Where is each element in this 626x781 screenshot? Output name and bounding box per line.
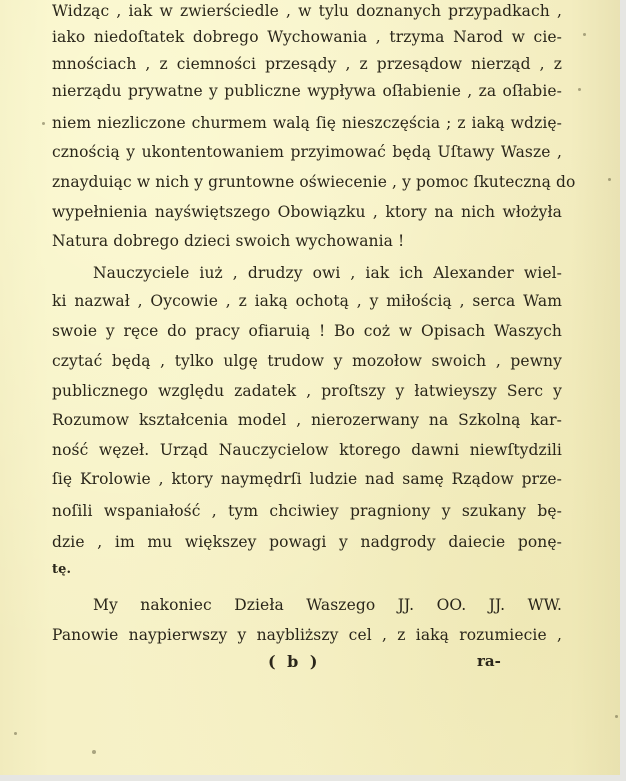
paper-speck [14, 732, 17, 735]
scanned-book-page: Widząc , iak w zwierściedle , w tylu doz… [0, 0, 620, 775]
text-line: ſię Krolowie , ktory naymędrſi ludzie na… [52, 470, 562, 488]
text-line: czytać będą , tylko ulgę trudow y mozoło… [52, 352, 562, 370]
paper-speck [92, 750, 96, 754]
text-line: Widząc , iak w zwierściedle , w tylu doz… [52, 2, 562, 20]
paper-speck [583, 33, 586, 36]
text-line: Nauczyciele iuż , drudzy owi , iak ich A… [93, 264, 562, 282]
text-line: publicznego względu zadatek , proſtszy y… [52, 382, 562, 400]
text-line: dzie , im mu większey powagi y nadgrody … [52, 533, 562, 551]
paper-speck [615, 715, 618, 718]
text-line: tę. [52, 562, 71, 577]
text-line: swoie y ręce do pracy ofiaruią ! Bo coż … [52, 322, 562, 340]
text-line: mnościach , z ciemności przesądy , z prz… [52, 55, 562, 73]
signature-mark: ( b ) [268, 652, 320, 671]
text-line: iako niedoſtatek dobrego Wychowania , tr… [52, 28, 562, 46]
text-line: Panowie naypierwszy y naybliższy cel , z… [52, 626, 562, 644]
text-line: Natura dobrego dzieci swoich wychowania … [52, 232, 404, 250]
text-line: My nakoniec Dzieła Waszego JJ. OO. JJ. W… [93, 596, 562, 614]
paper-speck [42, 122, 45, 125]
text-line: Rozumow kształcenia model , nierozerwany… [52, 411, 562, 429]
text-line: cznością y ukontentowaniem przyimować bę… [52, 143, 562, 161]
paper-speck [578, 88, 581, 91]
text-line: ność węzeł. Urząd Nauczycielow ktorego d… [52, 441, 562, 459]
text-line: noſili wspaniałość , tym chciwiey pragni… [52, 502, 562, 520]
text-line: nierządu prywatne y publiczne wypływa oſ… [52, 82, 562, 100]
text-line: wypełnienia nayświętszego Obowiązku , kt… [52, 203, 562, 221]
catchword: ra- [477, 652, 501, 670]
paper-speck [608, 178, 611, 181]
text-line: niem niezliczone churmem walą ſię nieszc… [52, 114, 562, 132]
text-line: znayduiąc w nich y gruntowne oświecenie … [52, 173, 562, 191]
text-line: ki nazwał , Oycowie , z iaką ochotą , y … [52, 292, 562, 310]
